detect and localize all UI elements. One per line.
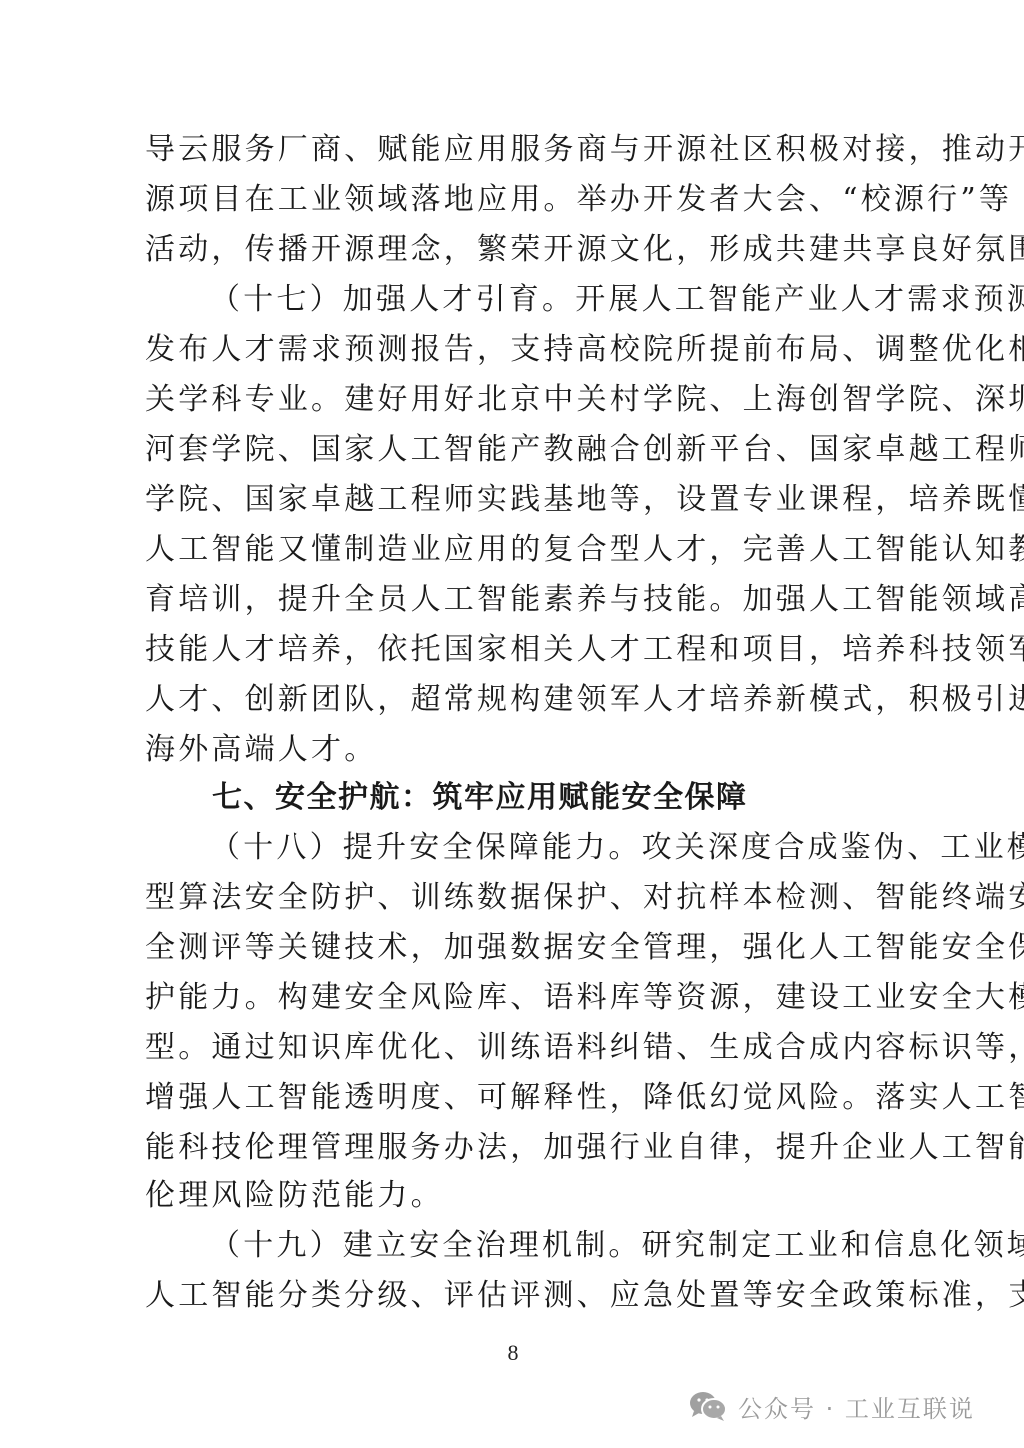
watermark-text: 公众号 · 工业互联说 (738, 1389, 975, 1424)
text-line: 学院、国家卓越工程师实践基地等，设置专业课程，培养既懂 (145, 480, 880, 520)
text-line: 育培训，提升全员人工智能素养与技能。加强人工智能领域高 (145, 580, 880, 620)
text-line: 能科技伦理管理服务办法，加强行业自律，提升企业人工智能 (145, 1128, 880, 1168)
text-line: 人才、创新团队，超常规构建领军人才培养新模式，积极引进 (145, 680, 880, 720)
text-line: 人工智能分类分级、评估评测、应急处置等安全政策标准，支 (145, 1276, 880, 1316)
text-line: 全测评等关键技术，加强数据安全管理，强化人工智能安全保 (145, 928, 880, 968)
text-line: 护能力。构建安全风险库、语料库等资源，建设工业安全大模 (145, 978, 880, 1018)
section-19-title-line: （十九）建立安全治理机制。研究制定工业和信息化领域 (210, 1226, 880, 1266)
wechat-icon (688, 1390, 728, 1422)
document-page: 导云服务厂商、赋能应用服务商与开源社区积极对接，推动开 源项目在工业领域落地应用… (0, 0, 1024, 1448)
text-line: 型。通过知识库优化、训练语料纠错、生成合成内容标识等， (145, 1028, 880, 1068)
text-line: 河套学院、国家人工智能产教融合创新平台、国家卓越工程师 (145, 430, 880, 470)
text-line: 海外高端人才。 (145, 730, 880, 770)
section-heading: 七、安全护航：筑牢应用赋能安全保障 (212, 778, 772, 818)
text-line: 人工智能又懂制造业应用的复合型人才，完善人工智能认知教 (145, 530, 880, 570)
text-line: 型算法安全防护、训练数据保护、对抗样本检测、智能终端安 (145, 878, 880, 918)
page-number: 8 (498, 1340, 528, 1366)
text-line: 关学科专业。建好用好北京中关村学院、上海创智学院、深圳 (145, 380, 880, 420)
text-line: 发布人才需求预测报告，支持高校院所提前布局、调整优化相 (145, 330, 880, 370)
text-line: 伦理风险防范能力。 (145, 1176, 880, 1216)
text-line: 导云服务厂商、赋能应用服务商与开源社区积极对接，推动开 (145, 130, 880, 170)
section-18-title-line: （十八）提升安全保障能力。攻关深度合成鉴伪、工业模 (210, 828, 880, 868)
watermark: 公众号 · 工业互联说 (688, 1386, 975, 1426)
text-line: 活动，传播开源理念，繁荣开源文化，形成共建共享良好氛围。 (145, 230, 880, 270)
text-line: 技能人才培养，依托国家相关人才工程和项目，培养科技领军 (145, 630, 880, 670)
section-17-title-line: （十七）加强人才引育。开展人工智能产业人才需求预测， (210, 280, 880, 320)
text-line: 源项目在工业领域落地应用。举办开发者大会、“校源行”等 (145, 180, 880, 220)
text-line: 增强人工智能透明度、可解释性，降低幻觉风险。落实人工智 (145, 1078, 880, 1118)
